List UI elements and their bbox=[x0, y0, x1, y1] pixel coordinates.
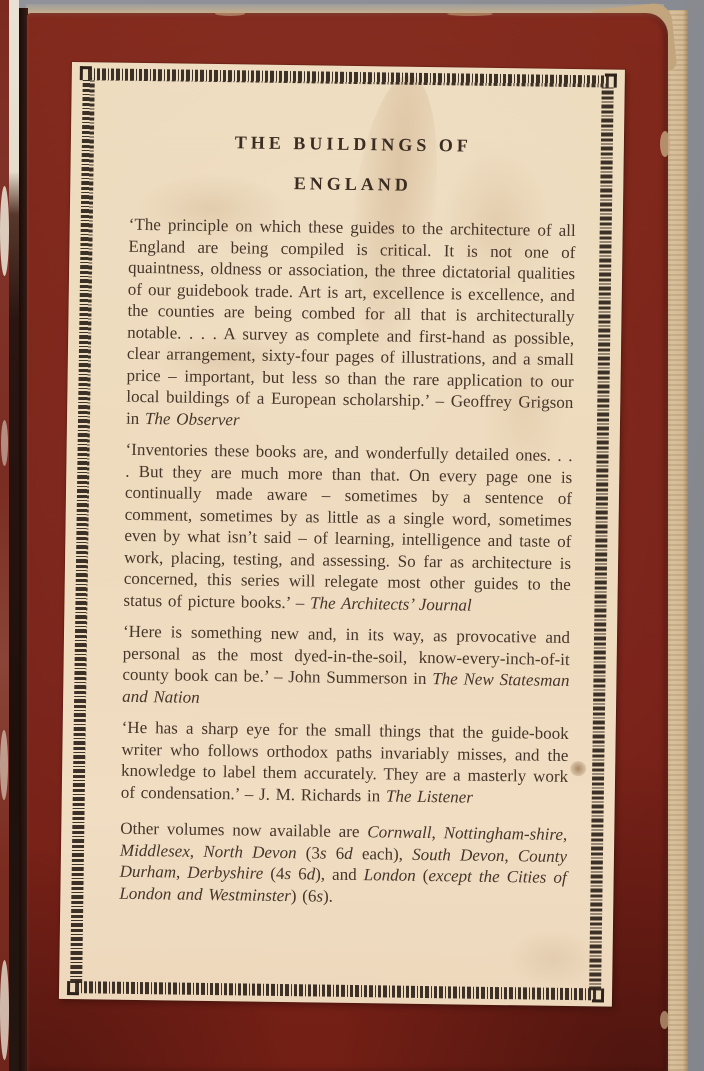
review-grigson: ‘The principle on which these guides to … bbox=[126, 214, 576, 435]
publication-name: Nottingham-shire bbox=[444, 823, 564, 844]
cover-wear-chip bbox=[215, 11, 245, 16]
other-volumes: Other volumes now available are Cornwall… bbox=[119, 818, 567, 910]
panel-content: THE BUILDINGS OF ENGLAND ‘The principle … bbox=[59, 62, 625, 1007]
review-text: ( bbox=[416, 866, 429, 885]
cover-wear-chip bbox=[660, 1011, 669, 1029]
cover-wear-chip bbox=[447, 12, 493, 16]
publication-name: The Observer bbox=[145, 409, 240, 429]
review-text: (4 bbox=[263, 864, 284, 883]
review-text: ). bbox=[323, 886, 333, 905]
spine-gap bbox=[9, 0, 19, 1071]
review-text: 6 bbox=[291, 864, 307, 883]
series-title-line1: THE BUILDINGS OF bbox=[235, 132, 472, 155]
review-text: , bbox=[176, 863, 188, 882]
publication-name: The Listener bbox=[386, 786, 473, 806]
publication-name: South Devon bbox=[412, 844, 505, 864]
spine-scuff bbox=[0, 186, 9, 276]
spine-scuff bbox=[0, 960, 9, 1060]
review-text: 6 bbox=[326, 843, 344, 862]
review-panel: THE BUILDINGS OF ENGLAND ‘The principle … bbox=[59, 62, 625, 1007]
review-text: , bbox=[504, 846, 518, 865]
series-title-line2: ENGLAND bbox=[294, 173, 412, 195]
publication-name: d bbox=[344, 843, 353, 862]
book-back-cover: THE BUILDINGS OF ENGLAND ‘The principle … bbox=[27, 13, 668, 1071]
review-text: ), and bbox=[315, 864, 364, 884]
publication-name: The Architects’ Journal bbox=[310, 593, 472, 614]
review-text: each), bbox=[353, 843, 413, 863]
review-text: , bbox=[563, 825, 568, 844]
screenshot-root: { "panel": { "title_line1": "THE BUILDIN… bbox=[0, 0, 704, 1071]
review-text: ‘Inventories these books are, and wonder… bbox=[123, 440, 572, 612]
review-text: Other volumes now available are bbox=[120, 819, 367, 841]
publication-name: North Devon bbox=[203, 841, 297, 861]
publication-name: Middlesex bbox=[120, 840, 190, 860]
review-text: ‘The principle on which these guides to … bbox=[126, 215, 576, 428]
cover-wear-chip bbox=[660, 131, 670, 157]
spine-edge bbox=[0, 0, 9, 1071]
review-architects-journal: ‘Inventories these books are, and wonder… bbox=[123, 439, 572, 617]
publication-name: Cornwall bbox=[367, 822, 432, 842]
review-text: , bbox=[190, 841, 204, 860]
publication-name: London bbox=[364, 865, 416, 885]
publication-name: Derbyshire bbox=[187, 863, 263, 883]
series-title: THE BUILDINGS OF ENGLAND bbox=[129, 121, 577, 207]
spine-scuff bbox=[1, 420, 8, 466]
review-text: ) (6 bbox=[291, 886, 317, 905]
review-text: ‘He has a sharp eye for the small things… bbox=[121, 718, 569, 805]
spine-scuff bbox=[0, 730, 8, 800]
review-richards: ‘He has a sharp eye for the small things… bbox=[121, 717, 569, 809]
reviews: ‘The principle on which these guides to … bbox=[119, 214, 576, 910]
review-text: , bbox=[431, 823, 443, 842]
review-summerson: ‘Here is something new and, in its way, … bbox=[122, 621, 570, 713]
review-text: (3 bbox=[296, 843, 320, 862]
